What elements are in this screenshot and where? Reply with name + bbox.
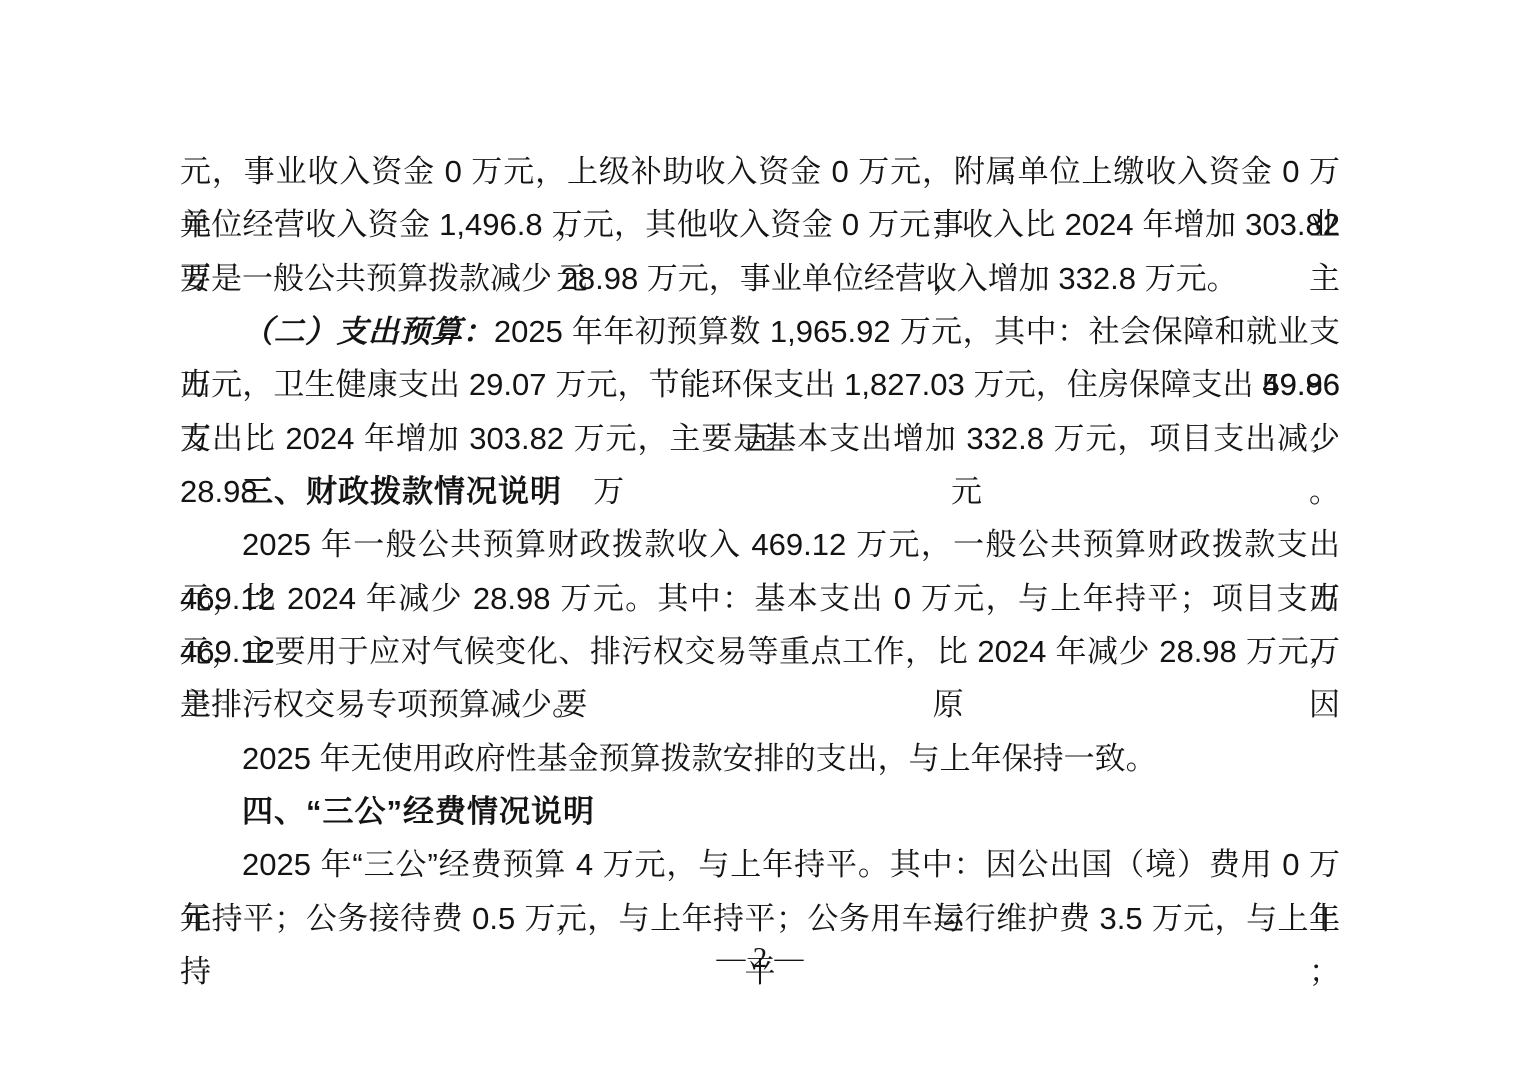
body-line-8: 2025 年一般公共预算财政拨款收入 469.12 万元，一般公共预算财政拨款支… — [180, 518, 1340, 571]
body-line-6: 支出比 2024 年增加 303.82 万元，主要是基本支出增加 332.8 万… — [180, 412, 1340, 465]
body-line-5: 万元，卫生健康支出 29.07 万元，节能环保支出 1,827.03 万元，住房… — [180, 358, 1340, 411]
body-line-9: 元，比 2024 年减少 28.98 万元。其中：基本支出 0 万元，与上年持平… — [180, 572, 1340, 625]
document-page: 元，事业收入资金 0 万元，上级补助收入资金 0 万元，附属单位上缴收入资金 0… — [0, 0, 1520, 1074]
body-line-15: 年持平；公务接待费 0.5 万元，与上年持平；公务用车运行维护费 3.5 万元，… — [180, 892, 1340, 945]
subheading-expenditure-budget-line: （二）支出预算：2025 年年初预算数 1,965.92 万元，其中：社会保障和… — [180, 305, 1340, 358]
body-line-14: 2025 年“三公”经费预算 4 万元，与上年持平。其中：因公出国（境）费用 0… — [180, 838, 1340, 891]
document-body: 元，事业收入资金 0 万元，上级补助收入资金 0 万元，附属单位上缴收入资金 0… — [180, 145, 1340, 945]
body-line-3: 要是一般公共预算拨款减少 28.98 万元，事业单位经营收入增加 332.8 万… — [180, 252, 1340, 305]
subheading-expenditure-budget-label: （二）支出预算： — [242, 314, 494, 349]
heading-three-public-funds: 四、“三公”经费情况说明 — [180, 785, 1340, 838]
body-line-12: 2025 年无使用政府性基金预算拨款安排的支出，与上年保持一致。 — [180, 732, 1340, 785]
body-line-1: 元，事业收入资金 0 万元，上级补助收入资金 0 万元，附属单位上缴收入资金 0… — [180, 145, 1340, 198]
body-line-2: 单位经营收入资金 1,496.8 万元，其他收入资金 0 万元；收入比 2024… — [180, 198, 1340, 251]
page-number: — 2 — — [180, 940, 1340, 976]
body-line-10: 元，主要用于应对气候变化、排污权交易等重点工作，比 2024 年减少 28.98… — [180, 625, 1340, 678]
